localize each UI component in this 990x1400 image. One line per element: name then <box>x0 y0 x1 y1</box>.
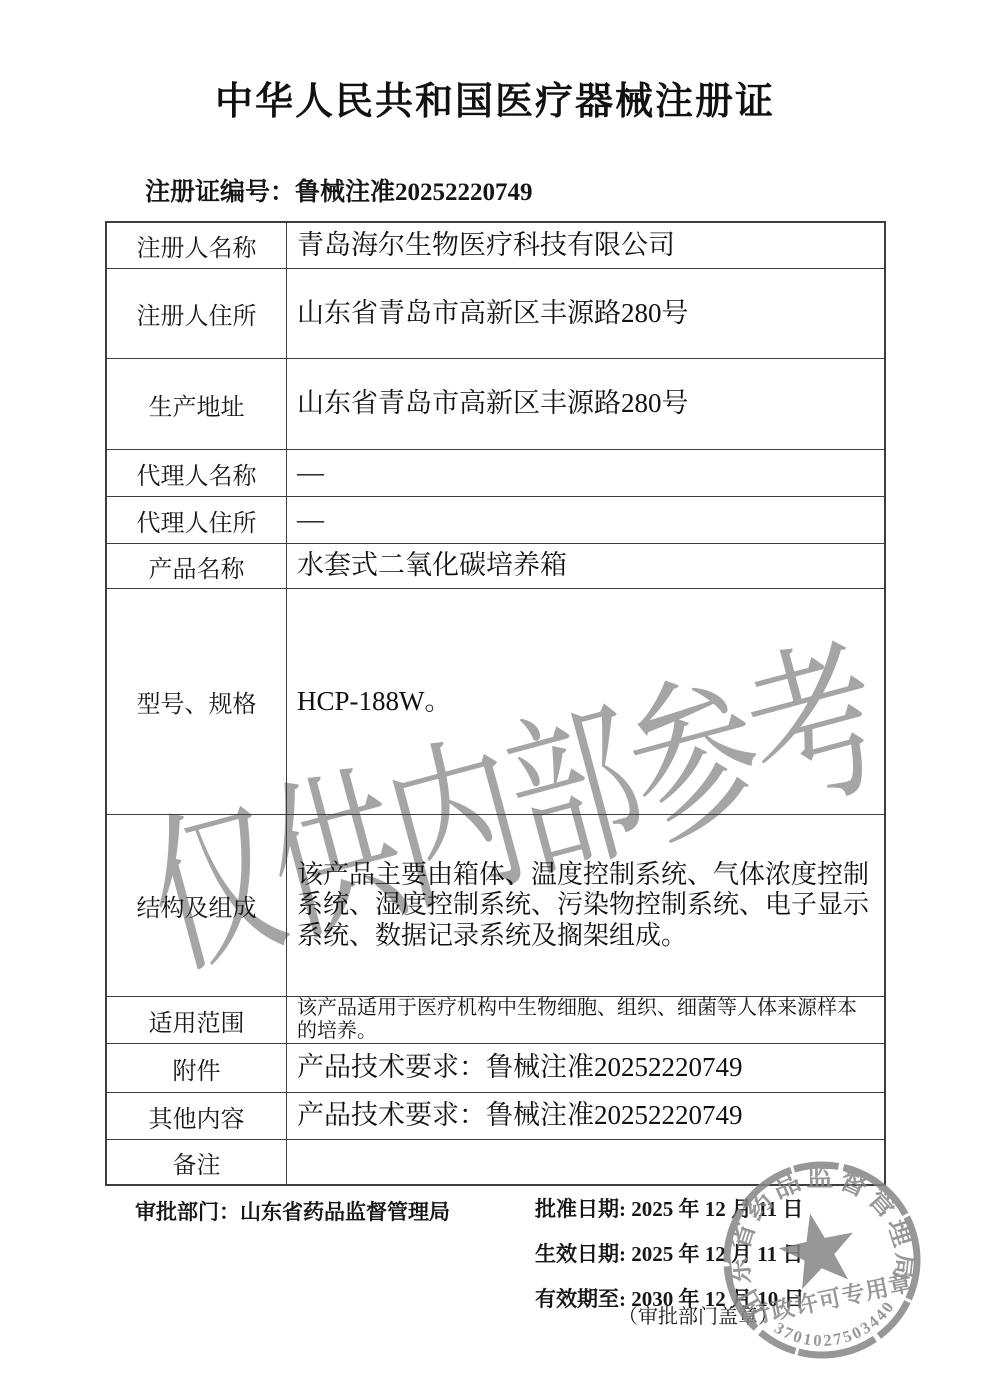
table-row-model-spec: 型号、规格 HCP-188W。 <box>107 588 884 814</box>
approval-department-value: 山东省药品监督管理局 <box>240 1200 450 1224</box>
table-row-remarks: 备注 <box>107 1139 884 1184</box>
row-value: 山东省青岛市高新区丰源路280号 <box>287 359 884 449</box>
approval-date-line: 批准日期: 2025 年 12 月 11 日 <box>535 1193 805 1223</box>
registration-table: 注册人名称 青岛海尔生物医疗科技有限公司 注册人住所 山东省青岛市高新区丰源路2… <box>105 221 886 1186</box>
table-row-production-address: 生产地址 山东省青岛市高新区丰源路280号 <box>107 358 884 449</box>
certificate-number-label: 注册证编号： <box>145 179 295 206</box>
row-label: 产品名称 <box>107 544 287 588</box>
row-label: 注册人住所 <box>107 269 287 358</box>
row-label: 适用范围 <box>107 997 287 1043</box>
table-row-agent-address: 代理人住所 — <box>107 496 884 543</box>
certificate-number-value: 鲁械注准20252220749 <box>295 179 533 206</box>
row-label: 代理人名称 <box>107 450 287 496</box>
approval-department-line: 审批部门：山东省药品监督管理局 <box>135 1196 450 1226</box>
row-label: 型号、规格 <box>107 589 287 814</box>
row-value: 青岛海尔生物医疗科技有限公司 <box>287 223 884 268</box>
row-value: — <box>287 450 884 496</box>
approval-date-value: 2025 年 12 月 11 日 <box>631 1197 803 1221</box>
row-label: 备注 <box>107 1140 287 1184</box>
row-label: 注册人名称 <box>107 223 287 268</box>
certificate-page: { "page": { "title": "中华人民共和国医疗器械注册证", "… <box>0 0 990 1400</box>
certificate-number-line: 注册证编号：鲁械注准20252220749 <box>145 172 533 208</box>
row-value: 山东省青岛市高新区丰源路280号 <box>287 269 884 358</box>
row-value <box>287 1140 884 1184</box>
row-value: 该产品主要由箱体、温度控制系统、气体浓度控制系统、湿度控制系统、污染物控制系统、… <box>287 815 884 996</box>
table-row-agent-name: 代理人名称 — <box>107 449 884 496</box>
row-label: 结构及组成 <box>107 815 287 996</box>
expiry-date-label: 有效期至: <box>535 1287 626 1311</box>
table-row-registrant-address: 注册人住所 山东省青岛市高新区丰源路280号 <box>107 268 884 358</box>
table-row-intended-use: 适用范围 该产品适用于医疗机构中生物细胞、组织、细菌等人体来源样本的培养。 <box>107 996 884 1043</box>
effective-date-value: 2025 年 12 月 11 日 <box>631 1242 803 1266</box>
table-row-structure-composition: 结构及组成 该产品主要由箱体、温度控制系统、气体浓度控制系统、湿度控制系统、污染… <box>107 814 884 996</box>
row-label: 其他内容 <box>107 1093 287 1139</box>
effective-date-label: 生效日期: <box>535 1242 626 1266</box>
approval-date-label: 批准日期: <box>535 1197 626 1221</box>
certificate-title: 中华人民共和国医疗器械注册证 <box>0 70 990 125</box>
row-label: 代理人住所 <box>107 497 287 543</box>
row-value: HCP-188W。 <box>287 589 884 814</box>
row-value: 水套式二氧化碳培养箱 <box>287 544 884 588</box>
effective-date-line: 生效日期: 2025 年 12 月 11 日 <box>535 1238 805 1268</box>
row-value: — <box>287 497 884 543</box>
table-row-registrant-name: 注册人名称 青岛海尔生物医疗科技有限公司 <box>107 223 884 268</box>
seal-note: （审批部门盖章） <box>618 1300 778 1329</box>
approval-department-label: 审批部门： <box>135 1200 240 1224</box>
row-value: 产品技术要求：鲁械注准20252220749 <box>287 1044 884 1092</box>
row-value: 产品技术要求：鲁械注准20252220749 <box>287 1093 884 1139</box>
row-label: 附件 <box>107 1044 287 1092</box>
table-row-product-name: 产品名称 水套式二氧化碳培养箱 <box>107 543 884 588</box>
row-value: 该产品适用于医疗机构中生物细胞、组织、细菌等人体来源样本的培养。 <box>287 997 884 1043</box>
table-row-other-content: 其他内容 产品技术要求：鲁械注准20252220749 <box>107 1092 884 1139</box>
row-label: 生产地址 <box>107 359 287 449</box>
table-row-attachment: 附件 产品技术要求：鲁械注准20252220749 <box>107 1043 884 1092</box>
